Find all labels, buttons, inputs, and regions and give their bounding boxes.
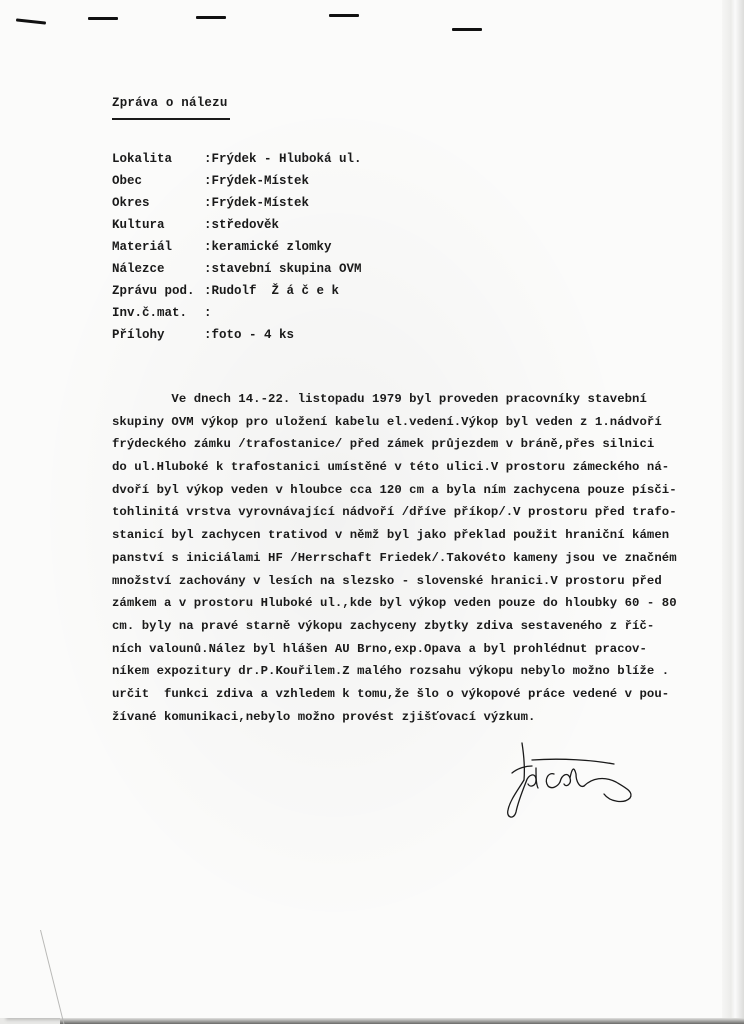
document-page: Zpráva o nálezu Lokalita Frýdek - Hlubok… bbox=[0, 0, 722, 1018]
body-line: níkem expozitury dr.P.Kouřilem.Z malého … bbox=[112, 660, 712, 683]
body-line: žívané komunikaci,nebylo možno provést z… bbox=[112, 706, 712, 729]
metadata-row: Lokalita Frýdek - Hluboká ul. bbox=[112, 148, 362, 170]
field-label: Nálezce bbox=[112, 262, 204, 276]
field-value: Rudolf Ž á č e k bbox=[204, 284, 339, 298]
punch-mark bbox=[88, 17, 118, 20]
body-line: stanicí byl zachycen trativod v němž byl… bbox=[112, 524, 712, 547]
field-label: Materiál bbox=[112, 240, 204, 254]
signature-icon bbox=[492, 738, 652, 828]
metadata-row: Nálezce stavební skupina OVM bbox=[112, 258, 362, 280]
body-line: množství zachovány v lesích na slezsko -… bbox=[112, 570, 712, 593]
field-value bbox=[204, 306, 212, 320]
field-label: Přílohy bbox=[112, 328, 204, 342]
body-line: skupiny OVM výkop pro uložení kabelu el.… bbox=[112, 411, 712, 434]
field-label: Kultura bbox=[112, 218, 204, 232]
field-value: keramické zlomky bbox=[204, 240, 332, 254]
metadata-row: Kultura středověk bbox=[112, 214, 362, 236]
body-line: cm. byly na pravé starně výkopu zachycen… bbox=[112, 615, 712, 638]
page-bottom-edge bbox=[60, 1018, 744, 1024]
body-line: ních valounů.Nález byl hlášen AU Brno,ex… bbox=[112, 638, 712, 661]
field-value: stavební skupina OVM bbox=[204, 262, 362, 276]
punch-mark bbox=[329, 14, 359, 17]
punch-mark bbox=[16, 18, 46, 24]
punch-mark bbox=[452, 28, 482, 31]
field-value: Frýdek - Hluboká ul. bbox=[204, 152, 362, 166]
metadata-row: Přílohy foto - 4 ks bbox=[112, 324, 362, 346]
body-line: dvoří byl výkop veden v hloubce cca 120 … bbox=[112, 479, 712, 502]
document-title: Zpráva o nálezu bbox=[112, 96, 228, 110]
body-line: Ve dnech 14.-22. listopadu 1979 byl prov… bbox=[112, 388, 712, 411]
page-edge bbox=[722, 0, 744, 1024]
punch-mark bbox=[196, 16, 226, 19]
field-label: Lokalita bbox=[112, 152, 204, 166]
field-value: Frýdek-Místek bbox=[204, 174, 309, 188]
metadata-row: Materiál keramické zlomky bbox=[112, 236, 362, 258]
title-underline bbox=[112, 118, 230, 120]
metadata-row: Okres Frýdek-Místek bbox=[112, 192, 362, 214]
metadata-row: Obec Frýdek-Místek bbox=[112, 170, 362, 192]
metadata-row: Inv.č.mat. bbox=[112, 302, 362, 324]
body-line: tohlinitá vrstva vyrovnávající nádvoří /… bbox=[112, 501, 712, 524]
body-line: určit funkci zdiva a vzhledem k tomu,že … bbox=[112, 683, 712, 706]
field-label: Okres bbox=[112, 196, 204, 210]
body-line: zámkem a v prostoru Hluboké ul.,kde byl … bbox=[112, 592, 712, 615]
report-body: Ve dnech 14.-22. listopadu 1979 byl prov… bbox=[112, 388, 712, 728]
field-value: Frýdek-Místek bbox=[204, 196, 309, 210]
field-label: Obec bbox=[112, 174, 204, 188]
field-label: Zprávu pod. bbox=[112, 284, 204, 298]
body-line: do ul.Hluboké k trafostanici umístěné v … bbox=[112, 456, 712, 479]
metadata-row: Zprávu pod. Rudolf Ž á č e k bbox=[112, 280, 362, 302]
body-line: panství s iniciálami HF /Herrschaft Frie… bbox=[112, 547, 712, 570]
metadata-table: Lokalita Frýdek - Hluboká ul. Obec Frýde… bbox=[112, 148, 362, 346]
field-label: Inv.č.mat. bbox=[112, 306, 204, 320]
field-value: foto - 4 ks bbox=[204, 328, 294, 342]
body-line: frýdeckého zámku /trafostanice/ před zám… bbox=[112, 433, 712, 456]
field-value: středověk bbox=[204, 218, 279, 232]
